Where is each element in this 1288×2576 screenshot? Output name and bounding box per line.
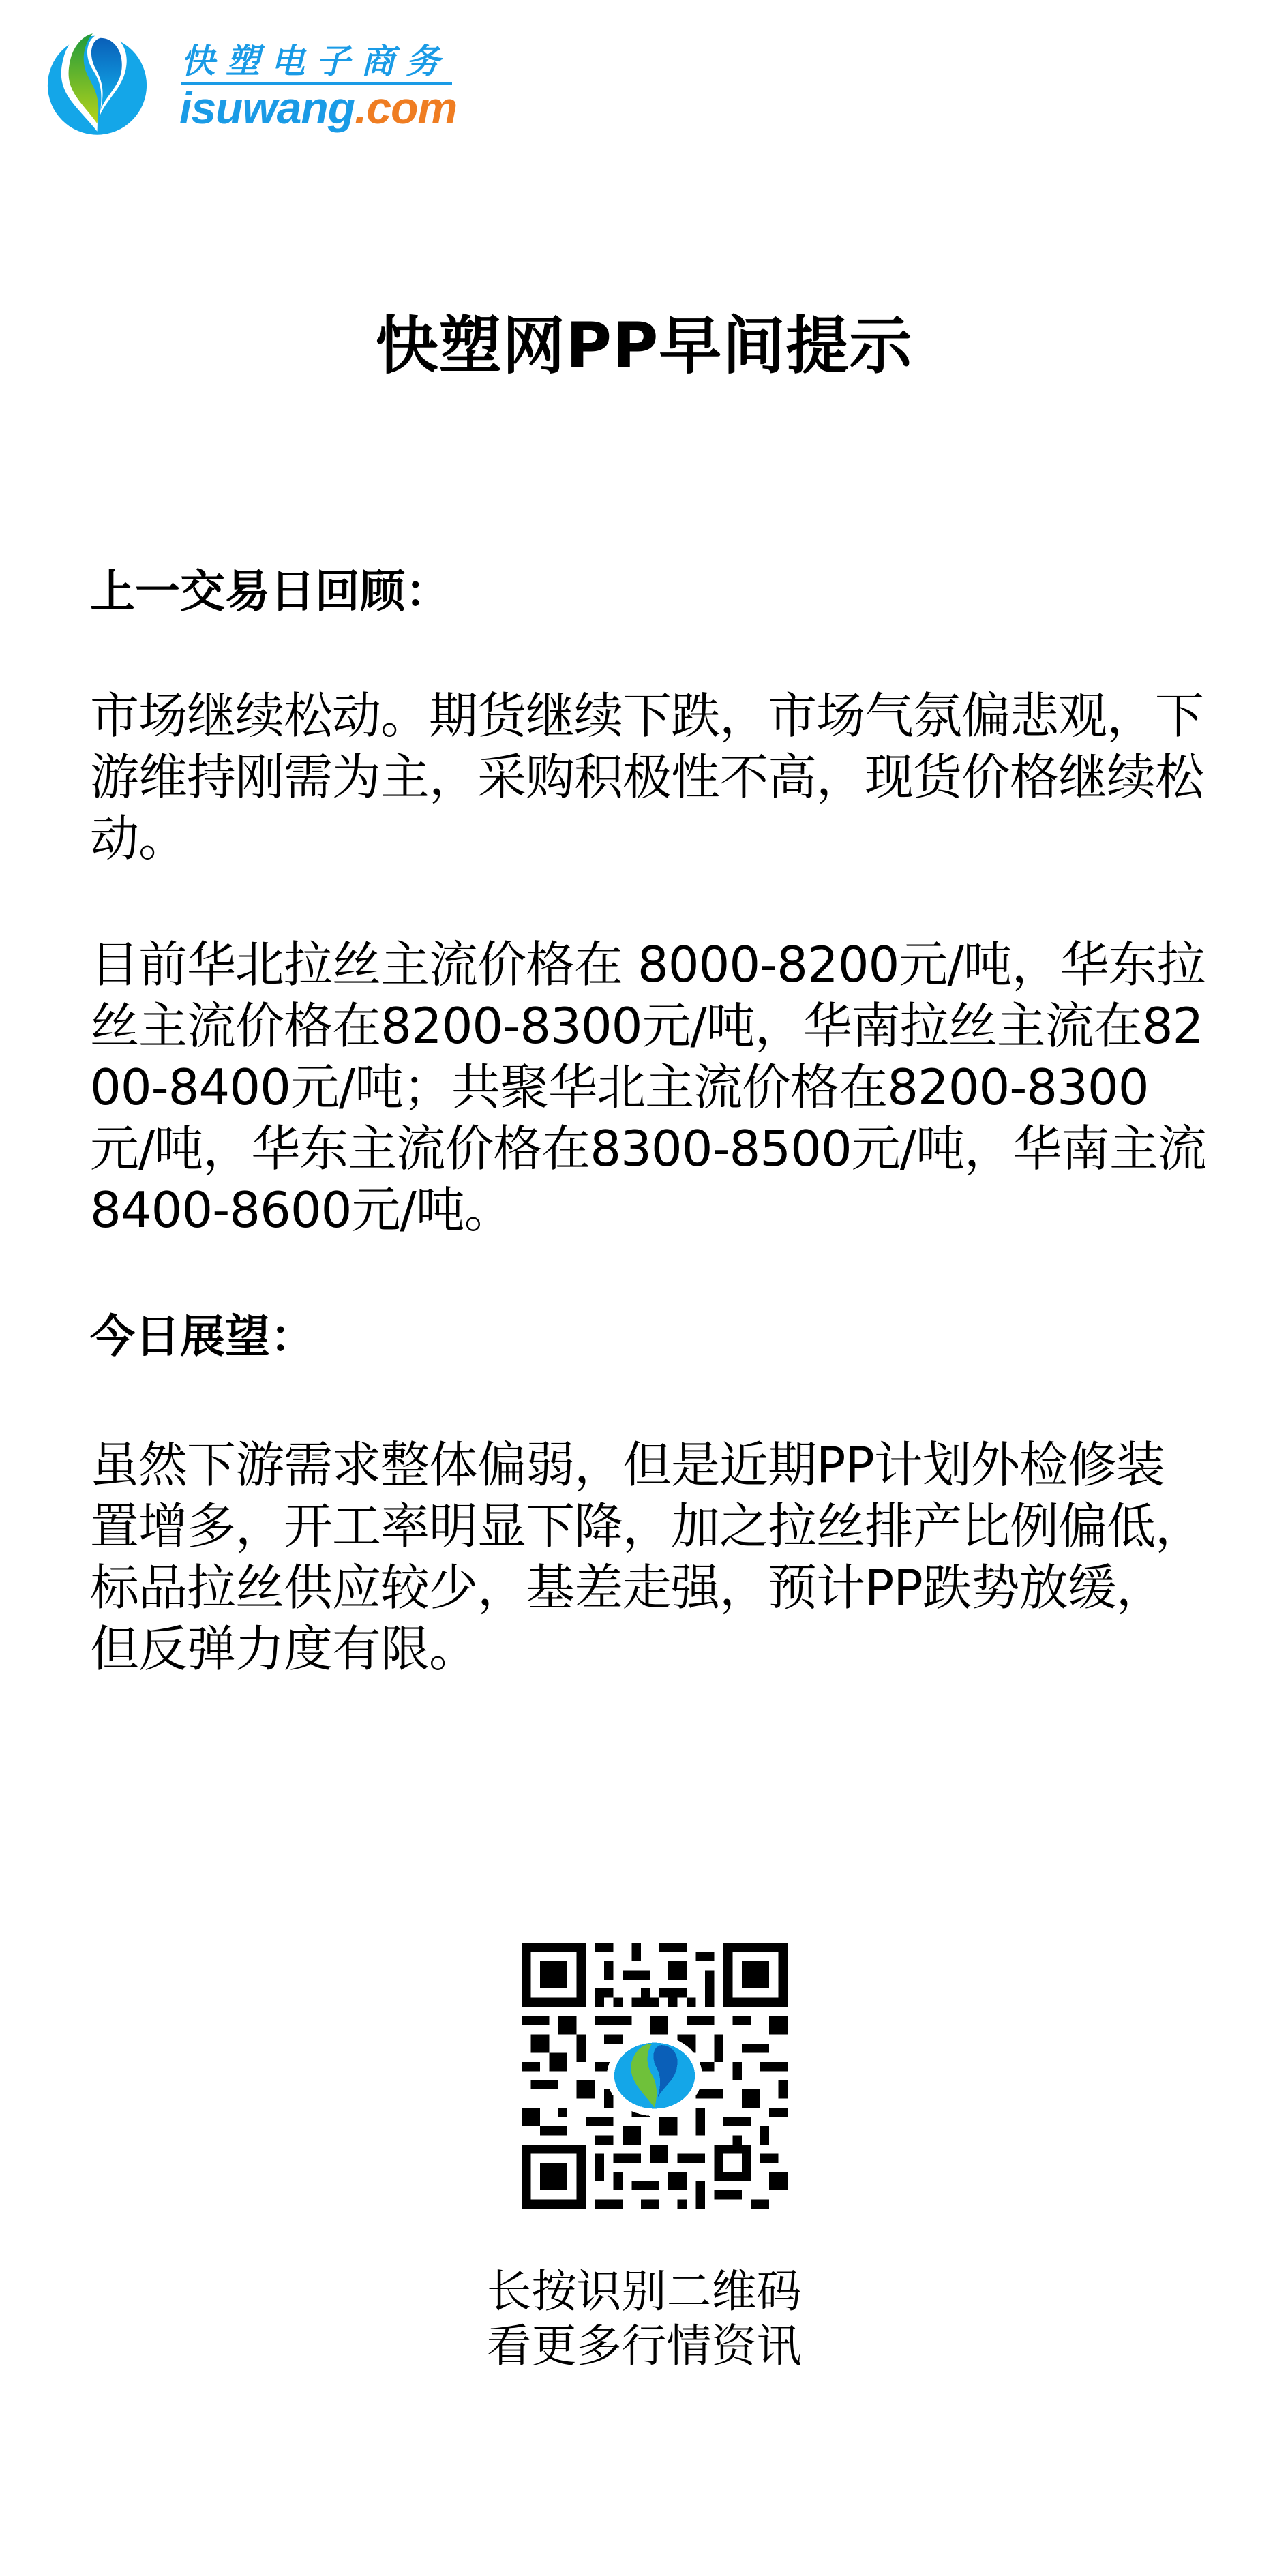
section-heading-review: 上一交易日回顾：	[90, 561, 450, 622]
outlook-paragraph: 虽然下游需求整体偏弱，但是近期PP计划外检修装置增多，开工率明显下降，加之拉丝排…	[90, 1434, 1208, 1680]
isuwang-leaf-logo-icon	[41, 25, 153, 137]
qr-caption-line-1: 长按识别二维码	[0, 2264, 1288, 2319]
review-summary-paragraph: 市场继续松动。期货继续下跌，市场气氛偏悲观，下游维持刚需为主，采购积极性不高，现…	[90, 685, 1208, 869]
brand-logo: 快塑电子商务 isuwang.com	[41, 25, 457, 137]
brand-domain: isuwang.com	[179, 82, 457, 134]
qr-caption-line-2: 看更多行情资讯	[0, 2319, 1288, 2374]
section-heading-outlook: 今日展望：	[90, 1306, 315, 1367]
qr-code-icon[interactable]	[522, 1943, 788, 2209]
qr-caption: 长按识别二维码 看更多行情资讯	[0, 2264, 1288, 2374]
brand-name-cn: 快塑电子商务	[181, 34, 451, 83]
page-title: 快塑网PP早间提示	[0, 305, 1288, 387]
brand-domain-tld: .com	[355, 82, 457, 133]
price-paragraph: 目前华北拉丝主流价格在 8000-8200元/吨，华东拉丝主流价格在8200-8…	[90, 934, 1208, 1241]
brand-domain-name: isuwang	[179, 82, 355, 133]
